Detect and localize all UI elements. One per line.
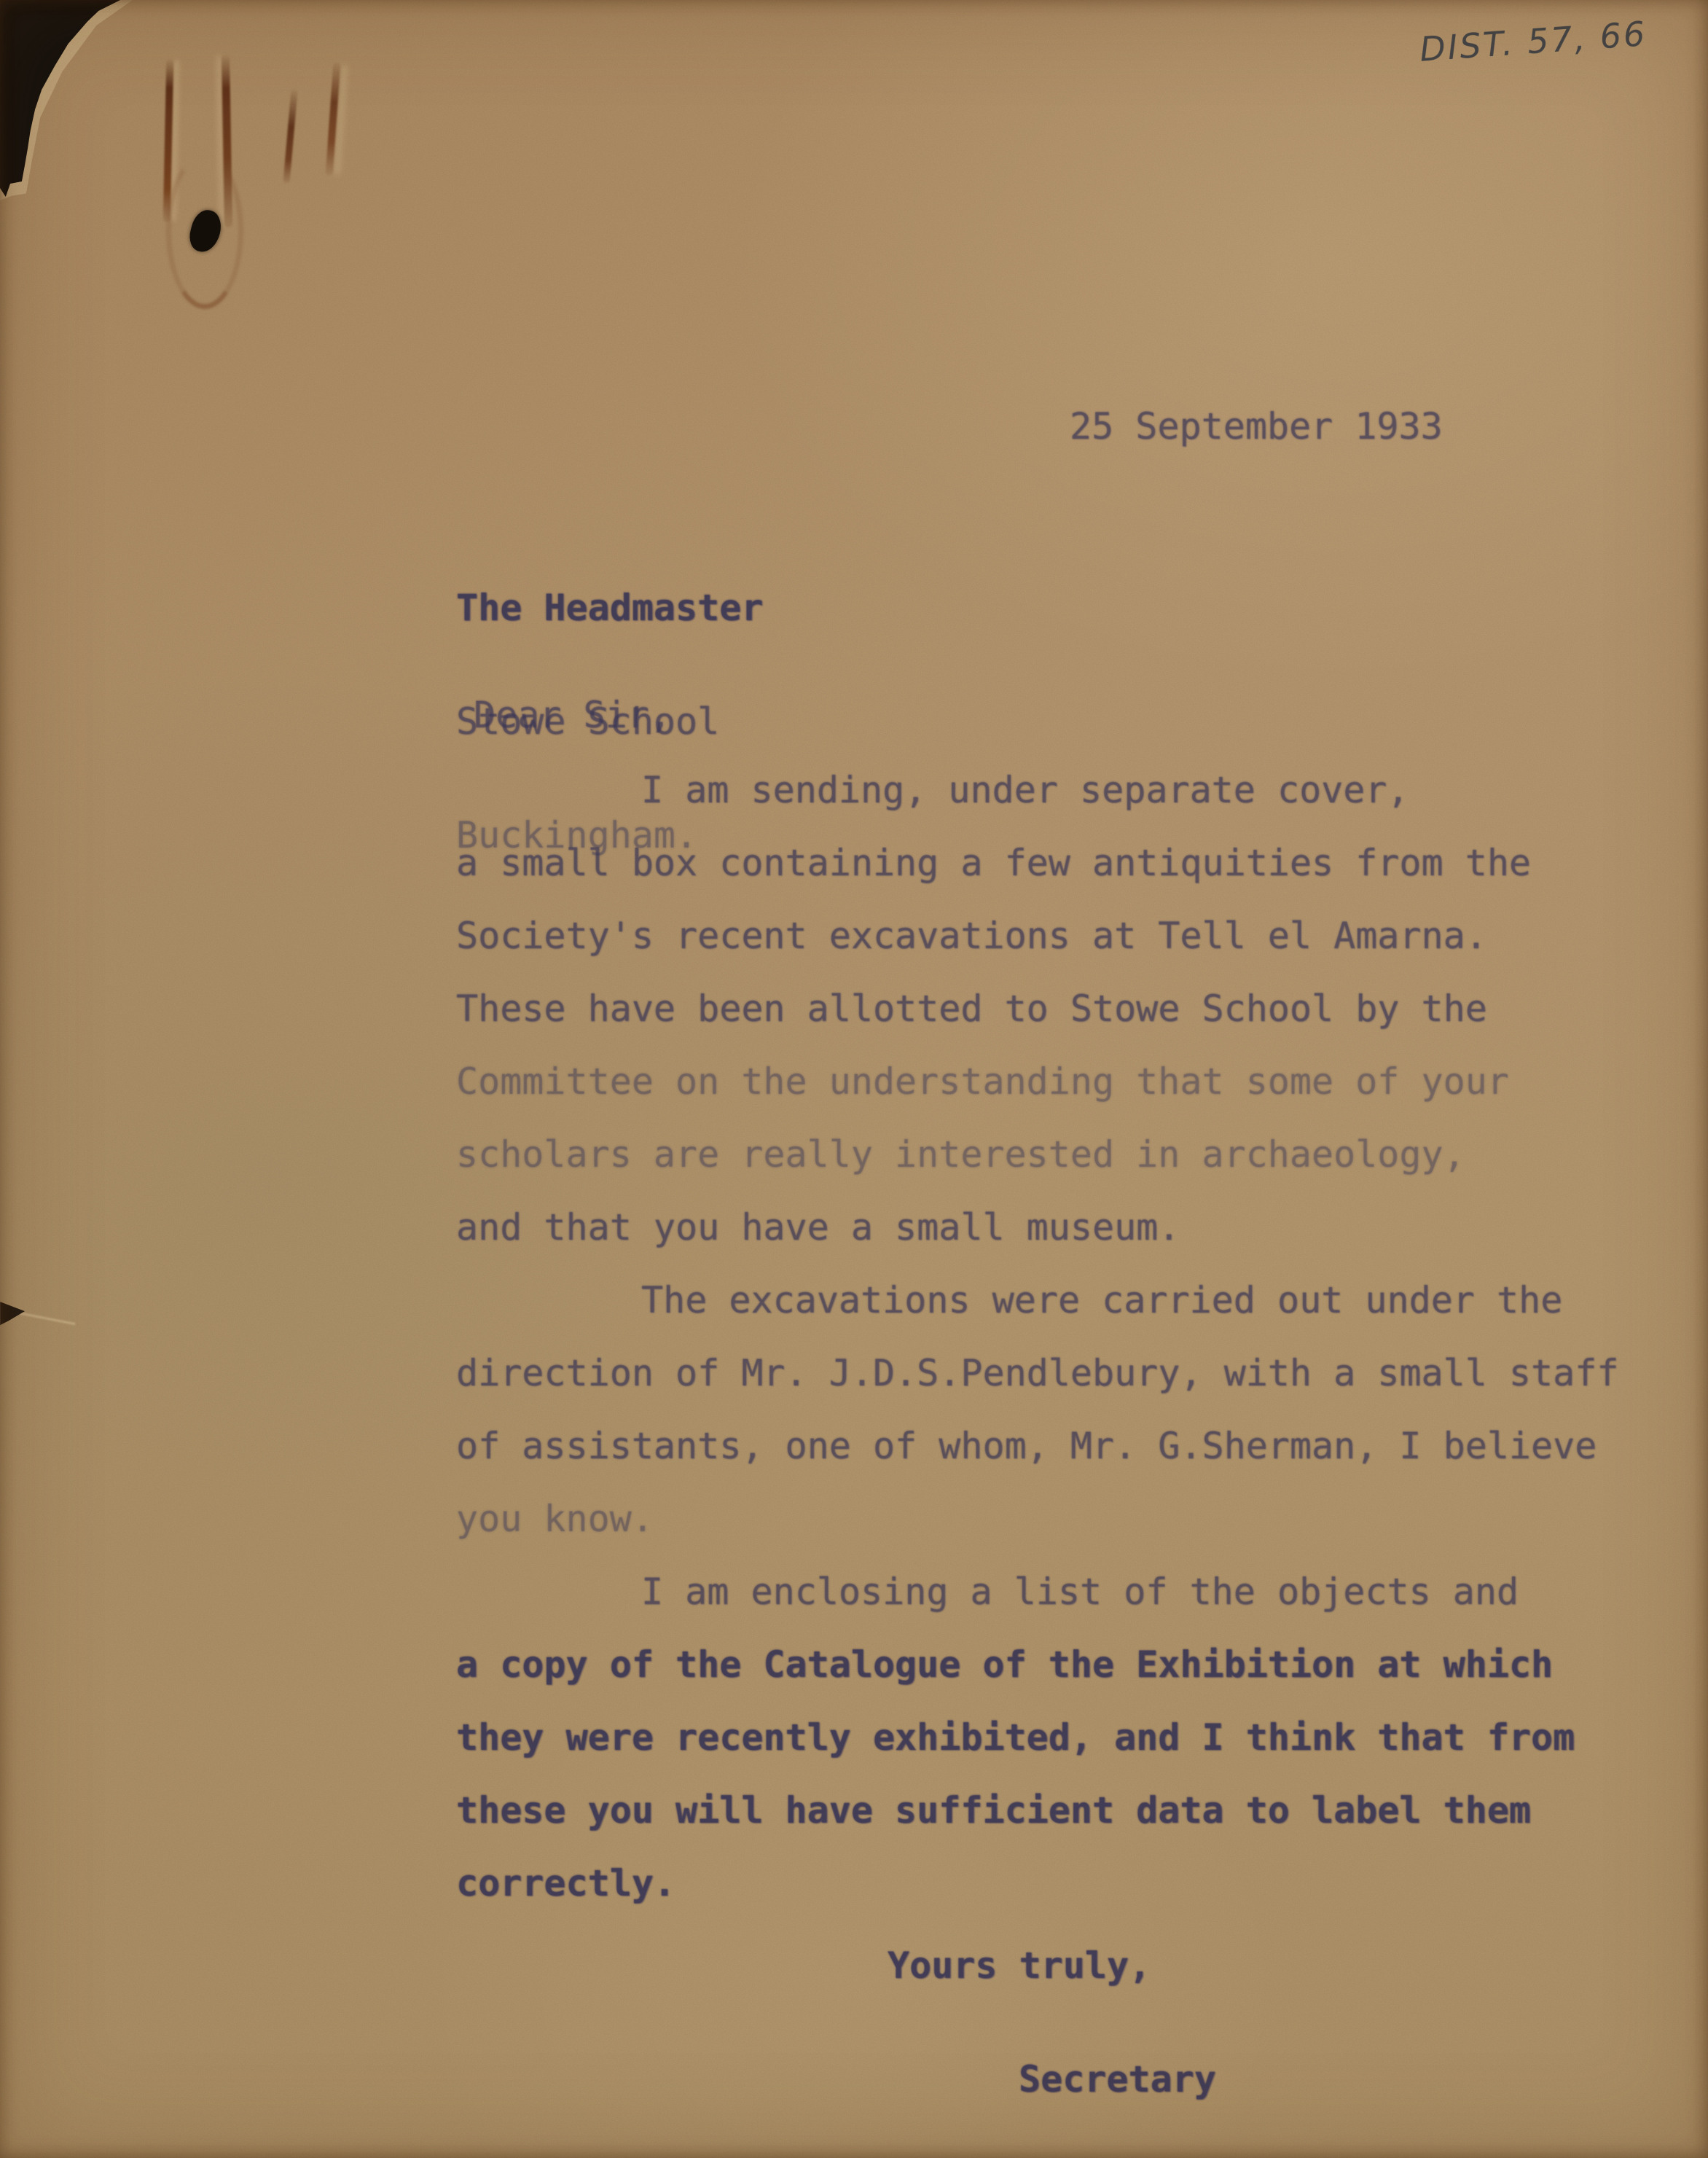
handwritten-annotation: DIST. 57, 66: [1418, 14, 1648, 69]
letter-line: The excavations were carried out under t…: [456, 1264, 1658, 1337]
letter-body: I am sending, under separate cover,a sma…: [456, 754, 1658, 1920]
date-line: 25 September 1933: [1070, 405, 1443, 447]
letter-line: Committee on the understanding that some…: [456, 1045, 1658, 1118]
letter-line: scholars are really interested in archae…: [456, 1118, 1658, 1191]
letter-line: direction of Mr. J.D.S.Pendlebury, with …: [456, 1337, 1658, 1410]
salutation: Dear Sir,: [474, 694, 671, 736]
letter-line: a small box containing a few antiquities…: [456, 826, 1658, 899]
letter-line: a copy of the Catalogue of the Exhibitio…: [456, 1628, 1658, 1701]
signature-line: Secretary: [1019, 2058, 1216, 2100]
recipient-line: The Headmaster: [456, 589, 763, 627]
closing-line: Yours truly,: [888, 1944, 1151, 1987]
letter-line: I am enclosing a list of the objects and: [456, 1555, 1658, 1628]
letter-paper: DIST. 57, 66 25 September 1933 The Headm…: [0, 0, 1708, 2158]
staple-rust-mark: [326, 63, 341, 176]
letter-line: and that you have a small museum.: [456, 1191, 1658, 1264]
letter-line: I am sending, under separate cover,: [456, 754, 1658, 826]
letter-line: of assistants, one of whom, Mr. G.Sherma…: [456, 1410, 1658, 1482]
letter-line: correctly.: [456, 1847, 1658, 1920]
letter-line: Society's recent excavations at Tell el …: [456, 899, 1658, 972]
staple-rust-mark: [283, 89, 297, 184]
torn-corner: [0, 0, 189, 219]
letter-line: These have been allotted to Stowe School…: [456, 972, 1658, 1045]
letter-line: you know.: [456, 1482, 1658, 1555]
letter-line: these you will have sufficient data to l…: [456, 1774, 1658, 1847]
letter-line: they were recently exhibited, and I thin…: [456, 1701, 1658, 1774]
